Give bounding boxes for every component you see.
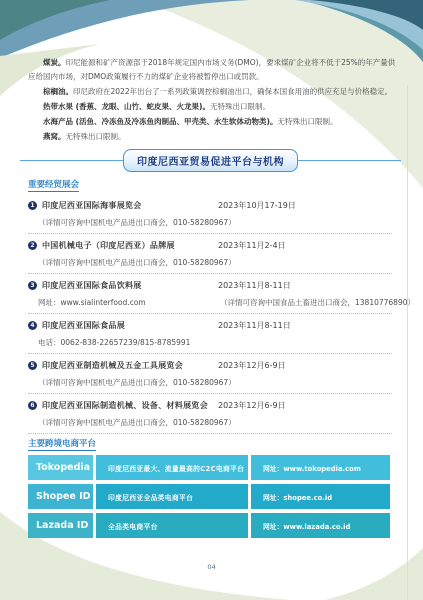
expo-title-row: 4 印度尼西亚国际食品展 2023年11月8-11日 <box>28 319 392 332</box>
expo-title-row: 1 印度尼西亚国际海事展览会 2023年10月17-19日 <box>28 199 392 212</box>
expo-detail-text: （详情可咨询中国食品土畜进出口商会，13810776890） <box>220 297 415 308</box>
table-row: Lazada ID 全品类电商平台 网址：www.lazada.co.id <box>28 513 390 538</box>
expo-website: 网址：www.sialinterfood.com <box>38 298 146 307</box>
paragraph-text: 无特殊出口限制。 <box>66 132 126 141</box>
expos-heading: 重要经贸展会 <box>28 178 79 192</box>
paragraph-term: 热带水果 (香蕉、龙眼、山竹、蛇皮果、火龙果)。 <box>43 102 210 111</box>
expo-detail: 网址：www.sialinterfood.com （详情可咨询中国食品土畜进出口… <box>38 297 392 307</box>
number-badge-icon: 5 <box>28 361 37 370</box>
paragraph-seafood: 水海产品 (活鱼、冷冻鱼及冷冻鱼肉制品、甲壳类、水生软体动物类)。无特殊出口限制… <box>28 115 398 129</box>
paragraph-term: 燕窝。 <box>43 132 66 141</box>
expo-detail-text: （详情可咨询中国机电产品进出口商会，010-58280967） <box>38 218 236 227</box>
ecommerce-table: Tokopedia 印度尼西亚最大、流量最高的C2C电商平台 网址：www.to… <box>28 455 390 538</box>
expo-title-row: 5 印度尼西亚制造机械及五金工具展览会 2023年12月6-9日 <box>28 359 392 372</box>
platform-website-cell: 网址：www.tokopedia.com <box>251 455 390 480</box>
expo-detail-text: （详情可咨询中国机电产品进出口商会，010-58280967） <box>38 258 236 267</box>
paragraph-text: 无特殊出口限制。 <box>210 102 270 111</box>
expo-date: 2023年11月2-4日 <box>218 240 286 251</box>
platform-description-cell: 全品类电商平台 <box>96 513 248 538</box>
expo-date: 2023年11月8-11日 <box>218 280 291 291</box>
paragraph-term: 煤炭。 <box>43 58 66 67</box>
expo-date: 2023年10月17-19日 <box>218 200 296 211</box>
expo-title: 印度尼西亚制造机械及五金工具展览会 <box>42 360 183 371</box>
document-page: 煤炭。印尼能源和矿产资源部于2018年规定国内市场义务(DMO)，要求煤矿企业将… <box>0 0 423 600</box>
expo-list: 1 印度尼西亚国际海事展览会 2023年10月17-19日 （详情可咨询中国机电… <box>28 194 392 434</box>
platform-website-cell: 网址：www.lazada.co.id <box>251 513 390 538</box>
expo-title: 印度尼西亚国际制造机械、设备、材料展览会 <box>42 400 208 411</box>
ecommerce-heading: 主要跨境电商平台 <box>28 437 96 451</box>
expo-date: 2023年11月8-11日 <box>218 320 291 331</box>
paragraph-term: 棕榈油。 <box>43 87 73 96</box>
paragraph-coal: 煤炭。印尼能源和矿产资源部于2018年规定国内市场义务(DMO)，要求煤矿企业将… <box>28 56 398 83</box>
paragraph-birds-nest: 燕窝。无特殊出口限制。 <box>28 130 398 144</box>
expo-detail: 电话：0062-838-22657239/815-8785991 <box>38 337 392 347</box>
platform-description-cell: 印度尼西亚最大、流量最高的C2C电商平台 <box>96 455 248 480</box>
expo-title: 中国机械电子（印度尼西亚）品牌展 <box>42 240 175 251</box>
number-badge-icon: 1 <box>28 201 37 210</box>
dotted-divider <box>28 433 392 434</box>
expo-item: 2 中国机械电子（印度尼西亚）品牌展 2023年11月2-4日 （详情可咨询中国… <box>28 234 392 274</box>
section-title-row: 印度尼西亚贸易促进平台与机构 <box>20 149 401 173</box>
expo-detail: （详情可咨询中国机电产品进出口商会，010-58280967） <box>38 417 392 427</box>
expo-item: 5 印度尼西亚制造机械及五金工具展览会 2023年12月6-9日 （详情可咨询中… <box>28 354 392 394</box>
paragraph-text: 印尼能源和矿产资源部于2018年规定国内市场义务(DMO)，要求煤矿企业将不低于… <box>28 58 395 81</box>
page-edge-line <box>407 85 408 600</box>
expo-title-row: 3 印度尼西亚国际食品饮料展 2023年11月8-11日 <box>28 279 392 292</box>
expo-title: 印度尼西亚国际食品展 <box>42 320 125 331</box>
expo-title: 印度尼西亚国际食品饮料展 <box>42 280 142 291</box>
platform-website-cell: 网址：shopee.co.id <box>251 484 390 509</box>
number-badge-icon: 3 <box>28 281 37 290</box>
platform-description-cell: 印度尼西亚全品类电商平台 <box>96 484 248 509</box>
expo-phone: 电话：0062-838-22657239/815-8785991 <box>38 338 190 347</box>
number-badge-icon: 6 <box>28 401 37 410</box>
table-row: Shopee ID 印度尼西亚全品类电商平台 网址：shopee.co.id <box>28 484 390 509</box>
paragraph-text: 无特殊出口限制。 <box>277 117 337 126</box>
expo-date: 2023年12月6-9日 <box>218 400 286 411</box>
section-title: 印度尼西亚贸易促进平台与机构 <box>123 149 298 172</box>
paragraph-text: 印尼政府在2022年出台了一系列政策调控棕榈油出口，确保本国食用油的供应充足与价… <box>73 87 392 96</box>
expo-item: 4 印度尼西亚国际食品展 2023年11月8-11日 电话：0062-838-2… <box>28 314 392 354</box>
expo-date: 2023年12月6-9日 <box>218 360 286 371</box>
export-rules-paragraphs: 煤炭。印尼能源和矿产资源部于2018年规定国内市场义务(DMO)，要求煤矿企业将… <box>28 56 398 145</box>
expo-item: 6 印度尼西亚国际制造机械、设备、材料展览会 2023年12月6-9日 （详情可… <box>28 394 392 434</box>
platform-name-cell: Shopee ID <box>28 484 93 509</box>
number-badge-icon: 2 <box>28 241 37 250</box>
expo-detail: （详情可咨询中国机电产品进出口商会，010-58280967） <box>38 217 392 227</box>
expo-title-row: 6 印度尼西亚国际制造机械、设备、材料展览会 2023年12月6-9日 <box>28 399 392 412</box>
expo-title: 印度尼西亚国际海事展览会 <box>42 200 142 211</box>
paragraph-palm-oil: 棕榈油。印尼政府在2022年出台了一系列政策调控棕榈油出口，确保本国食用油的供应… <box>28 85 398 99</box>
platform-name-cell: Tokopedia <box>28 455 93 480</box>
expo-detail-text: （详情可咨询中国机电产品进出口商会，010-58280967） <box>38 418 236 427</box>
table-row: Tokopedia 印度尼西亚最大、流量最高的C2C电商平台 网址：www.to… <box>28 455 390 480</box>
number-badge-icon: 4 <box>28 321 37 330</box>
paragraph-term: 水海产品 (活鱼、冷冻鱼及冷冻鱼肉制品、甲壳类、水生软体动物类)。 <box>43 117 277 126</box>
paragraph-tropical-fruit: 热带水果 (香蕉、龙眼、山竹、蛇皮果、火龙果)。无特殊出口限制。 <box>28 100 398 114</box>
expo-item: 3 印度尼西亚国际食品饮料展 2023年11月8-11日 网址：www.sial… <box>28 274 392 314</box>
expo-detail: （详情可咨询中国机电产品进出口商会，010-58280967） <box>38 377 392 387</box>
page-number: 04 <box>0 563 423 571</box>
expo-detail: （详情可咨询中国机电产品进出口商会，010-58280967） <box>38 257 392 267</box>
expo-title-row: 2 中国机械电子（印度尼西亚）品牌展 2023年11月2-4日 <box>28 239 392 252</box>
platform-name-cell: Lazada ID <box>28 513 93 538</box>
expo-detail-text: （详情可咨询中国机电产品进出口商会，010-58280967） <box>38 378 236 387</box>
expo-item: 1 印度尼西亚国际海事展览会 2023年10月17-19日 （详情可咨询中国机电… <box>28 194 392 234</box>
